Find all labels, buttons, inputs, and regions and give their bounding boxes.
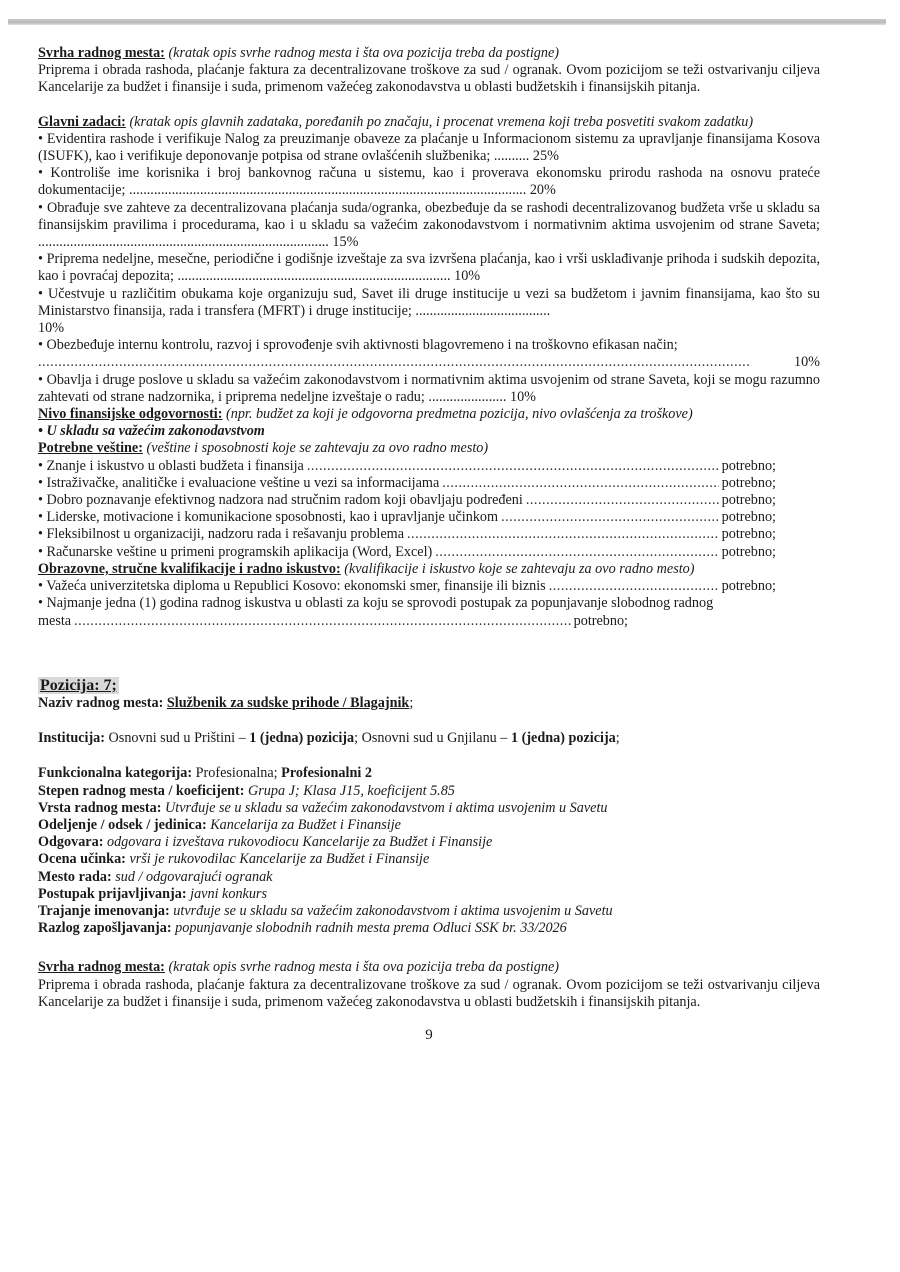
finance-heading-line: Nivo finansijske odgovornosti: (npr. bud… [38,406,820,423]
position-field: Odgovara: odgovara i izveštava rukovodio… [38,834,820,851]
scan-edge [8,19,886,25]
task-item: • Obezbeđuje internu kontrolu, razvoj i … [38,337,820,354]
position-title: Pozicija: 7; [38,677,119,694]
purpose-note: (kratak opis svrhe radnog mesta i šta ov… [168,45,559,61]
position-field: Odeljenje / odsek / jedinica: Kancelarij… [38,817,820,834]
task-item-percent-line: 10% [38,354,820,371]
purpose-heading: Svrha radnog mesta: [38,45,165,61]
position-name: Službenik za sudske prihode / Blagajnik [167,695,409,711]
finance-heading: Nivo finansijske odgovornosti: [38,406,222,422]
position-field: Trajanje imenovanja: utvrđuje se u sklad… [38,903,820,920]
tasks-heading: Glavni zadaci: [38,114,126,130]
tasks-heading-line: Glavni zadaci: (kratak opis glavnih zada… [38,114,820,131]
purpose-note: (kratak opis svrhe radnog mesta i šta ov… [165,959,559,975]
skills-heading: Potrebne veštine: [38,440,143,456]
purpose-text: Priprema i obrada rashoda, plaćanje fakt… [38,977,820,1011]
purpose-heading-line: Svrha radnog mesta: (kratak opis svrhe r… [38,959,820,976]
purpose-text: Priprema i obrada rashoda, plaćanje fakt… [38,62,820,96]
page-number: 9 [38,1027,820,1044]
skills-note: (veštine i sposobnosti koje se zahtevaju… [143,440,488,456]
position-field: Mesto rada: sud / odgovarajući ogranak [38,869,820,886]
skill-item: • Znanje i iskustvo u oblasti budžeta i … [38,458,776,475]
task-item: • Učestvuje u različitim obukama koje or… [38,286,820,338]
task-item: • Obavlja i druge poslove u skladu sa va… [38,372,820,406]
institution-line: Institucija: Osnovni sud u Prištini – 1 … [38,730,820,747]
qualifications-heading-line: Obrazovne, stručne kvalifikacije i radno… [38,561,820,578]
skill-item: • Fleksibilnost u organizaciji, nadzoru … [38,526,776,543]
skill-item: • Računarske veštine u primeni programsk… [38,544,776,561]
purpose-heading-line: Svrha radnog mesta: (kratak opis svrhe r… [38,45,820,62]
purpose-heading: Svrha radnog mesta: [38,959,165,975]
task-item: • Kontroliše ime korisnika i broj bankov… [38,165,820,199]
qualification-item: • Važeća univerzitetska diploma u Republ… [38,578,776,595]
skill-item: • Liderske, motivacione i komunikacione … [38,509,776,526]
functional-category: Funkcionalna kategorija: Profesionalna; … [38,765,820,782]
position-title-line: Pozicija: 7; [38,677,820,695]
task-item: • Evidentira rashode i verifikuje Nalog … [38,131,820,165]
position-name-line: Naziv radnog mesta: Službenik za sudske … [38,695,820,712]
position-field: Razlog zapošljavanja: popunjavanje slobo… [38,920,820,937]
qualification-item-line1: • Najmanje jedna (1) godina radnog iskus… [38,595,820,612]
qualifications-note: (kvalifikacije i iskustvo koje se zahtev… [341,561,695,577]
qualifications-heading: Obrazovne, stručne kvalifikacije i radno… [38,561,341,577]
finance-note: (npr. budžet za koji je odgovorna predme… [222,406,692,422]
position-field: Stepen radnog mesta / koeficijent: Grupa… [38,783,820,800]
task-item: • Obrađuje sve zahteve za decentralizova… [38,200,820,252]
position-field: Postupak prijavljivanja: javni konkurs [38,886,820,903]
document-page: Svrha radnog mesta: (kratak opis svrhe r… [38,45,820,1044]
qualification-item: mestapotrebno; [38,613,628,630]
skill-item: • Dobro poznavanje efektivnog nadzora na… [38,492,776,509]
skills-heading-line: Potrebne veštine: (veštine i sposobnosti… [38,440,820,457]
finance-item: • U skladu sa važećim zakonodavstvom [38,423,820,440]
position-field: Ocena učinka: vrši je rukovodilac Kancel… [38,851,820,868]
position-field: Vrsta radnog mesta: Utvrđuje se u skladu… [38,800,820,817]
task-item: • Priprema nedeljne, mesečne, periodične… [38,251,820,285]
tasks-note: (kratak opis glavnih zadataka, poređanih… [126,114,753,130]
skill-item: • Istraživačke, analitičke i evaluacione… [38,475,776,492]
